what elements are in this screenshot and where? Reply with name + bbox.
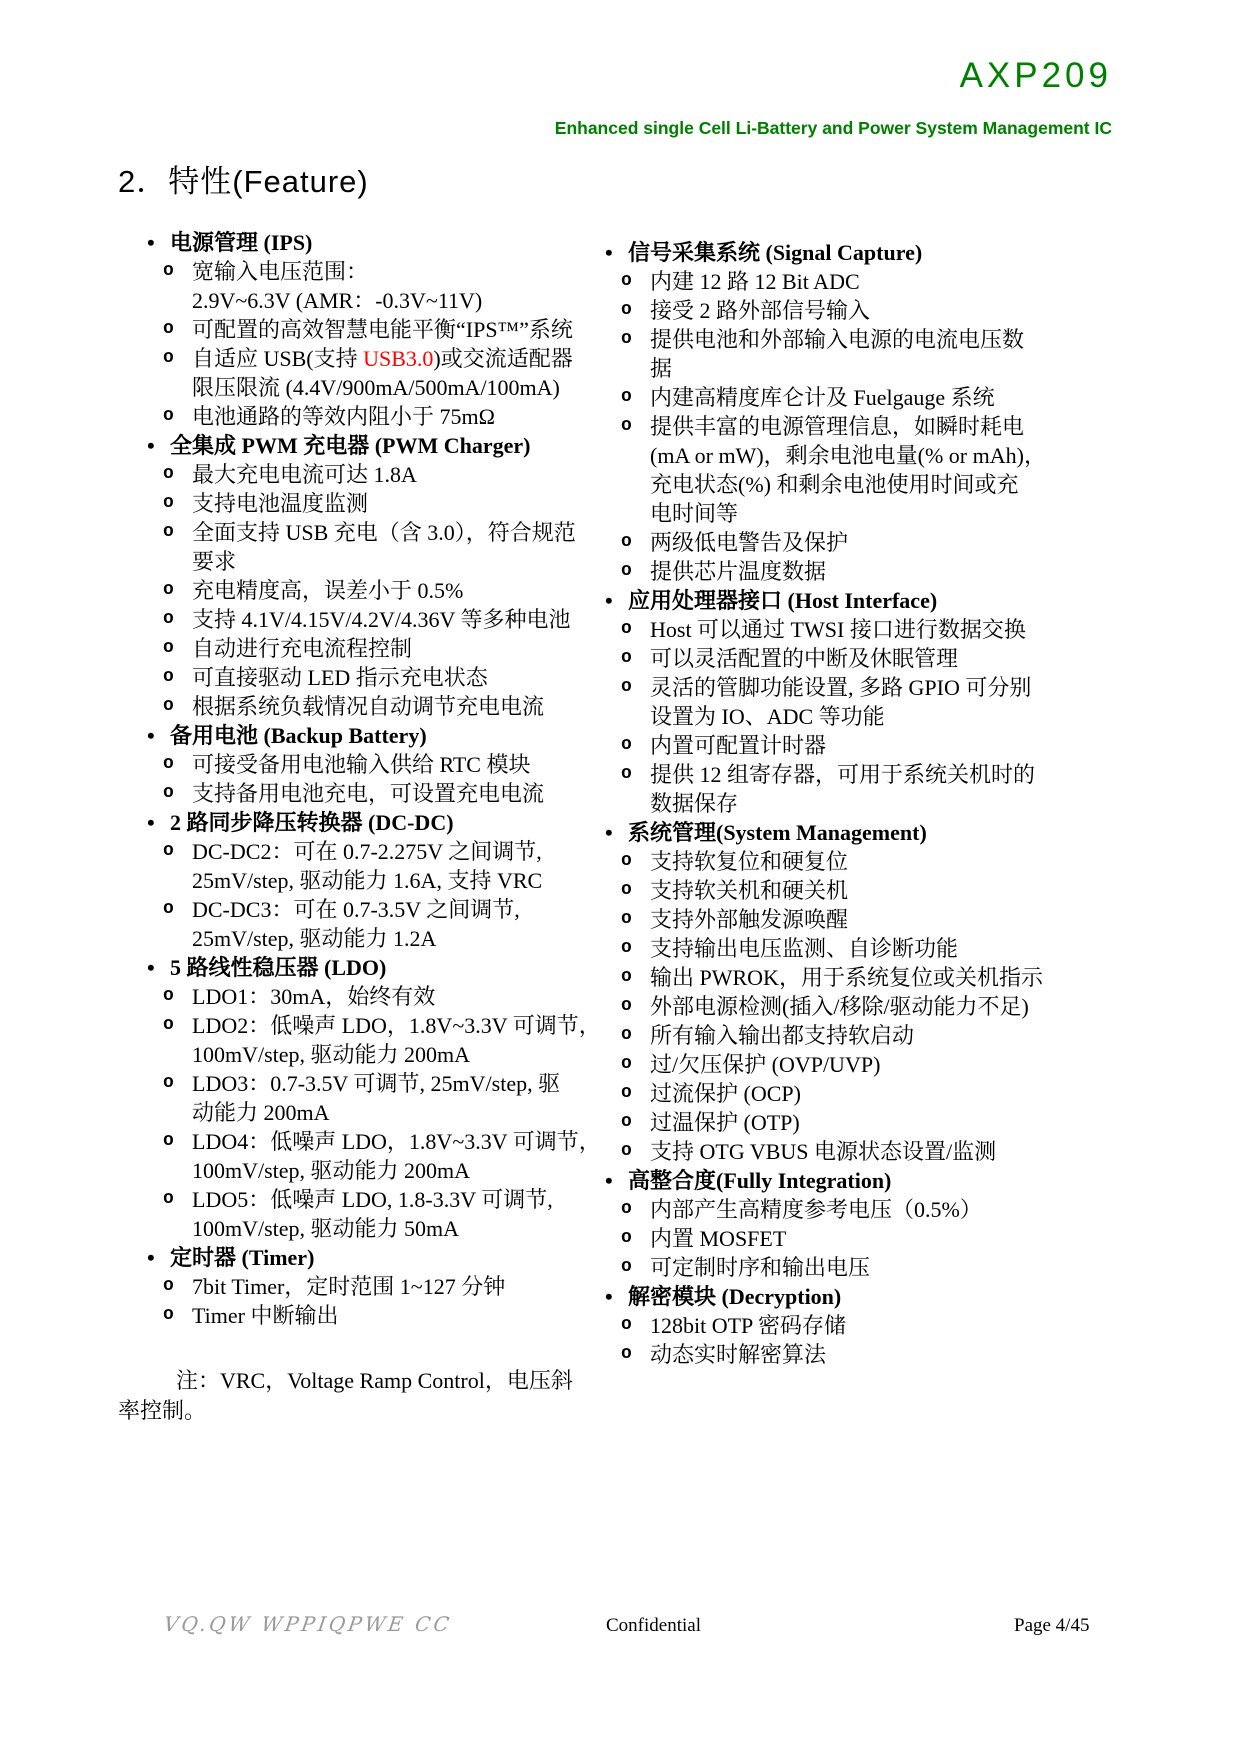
feature-item: o支持输出电压监测、自诊断功能: [621, 934, 1146, 963]
bullet-circle-icon: o: [163, 837, 192, 895]
feature-item-text: LDO4：低噪声 LDO，1.8V~3.3V 可调节， 100mV/step, …: [192, 1127, 601, 1185]
feature-item: o提供 12 组寄存器，可用于系统关机时的 数据保存: [621, 760, 1146, 818]
bullet-circle-icon: o: [621, 325, 650, 383]
text-segment: 充电精度高，误差小于 0.5%: [192, 578, 463, 603]
feature-item-text: 全面支持 USB 充电（含 3.0），符合规范 要求: [192, 518, 576, 576]
bullet-circle-icon: o: [163, 692, 192, 721]
bullet-circle-icon: o: [621, 1253, 650, 1282]
feature-item-text: 内建高精度库仑计及 Fuelgauge 系统: [650, 383, 995, 412]
feature-item: o接受 2 路外部信号输入: [621, 296, 1146, 325]
footer-confidential: Confidential: [606, 1615, 701, 1637]
feature-item: o支持电池温度监测: [163, 489, 618, 518]
text-segment: 全面支持 USB 充电（含 3.0），符合规范 要求: [192, 520, 576, 574]
bullet-circle-icon: o: [163, 402, 192, 431]
bullet-circle-icon: o: [621, 847, 650, 876]
text-segment: 可直接驱动 LED 指示充电状态: [192, 665, 488, 690]
bullet-disc-icon: •: [140, 721, 170, 750]
feature-section-heading: •信号采集系统 (Signal Capture): [598, 238, 1146, 267]
footer-page-number: Page 4/45: [1014, 1615, 1089, 1637]
bullet-circle-icon: o: [621, 1224, 650, 1253]
feature-item: o提供丰富的电源管理信息，如瞬时耗电 (mA or mW)，剩余电池电量(% o…: [621, 412, 1146, 528]
bullet-circle-icon: o: [163, 634, 192, 663]
feature-item: o输出 PWROK，用于系统复位或关机指示: [621, 963, 1146, 992]
text-segment: 可以灵活配置的中断及休眠管理: [650, 646, 958, 671]
text-segment: 过温保护 (OTP): [650, 1110, 800, 1135]
bullet-circle-icon: o: [621, 1050, 650, 1079]
bullet-circle-icon: o: [621, 673, 650, 731]
feature-item: oLDO1：30mA，始终有效: [163, 982, 618, 1011]
text-segment: DC-DC3：可在 0.7-3.5V 之间调节, 25mV/step, 驱动能力…: [192, 897, 520, 951]
feature-item-text: 外部电源检测(插入/移除/驱动能力不足): [650, 992, 1029, 1021]
feature-item-text: 宽输入电压范围： 2.9V~6.3V (AMR：-0.3V~11V): [192, 257, 482, 315]
text-segment: 最大充电电流可达 1.8A: [192, 462, 417, 487]
text-segment: 支持输出电压监测、自诊断功能: [650, 936, 958, 961]
feature-item-text: 提供丰富的电源管理信息，如瞬时耗电 (mA or mW)，剩余电池电量(% or…: [650, 412, 1046, 528]
feature-item: o最大充电电流可达 1.8A: [163, 460, 618, 489]
bullet-disc-icon: •: [140, 431, 170, 460]
section-heading-text: 5 路线性稳压器 (LDO): [170, 953, 386, 982]
feature-item-text: 支持外部触发源唤醒: [650, 905, 848, 934]
feature-item-text: 内部产生高精度参考电压（0.5%）: [650, 1195, 982, 1224]
text-segment: 内置可配置计时器: [650, 733, 826, 758]
text-segment: 根据系统负载情况自动调节充电电流: [192, 694, 544, 719]
feature-item-text: Host 可以通过 TWSI 接口进行数据交换: [650, 615, 1026, 644]
text-segment: 外部电源检测(插入/移除/驱动能力不足): [650, 994, 1029, 1019]
feature-item-text: 动态实时解密算法: [650, 1340, 826, 1369]
feature-item-text: 支持软关机和硬关机: [650, 876, 848, 905]
text-segment: 所有输入输出都支持软启动: [650, 1023, 914, 1048]
bullet-circle-icon: o: [621, 1195, 650, 1224]
feature-item-text: Timer 中断输出: [192, 1301, 338, 1330]
feature-item: o自适应 USB(支持 USB3.0)或交流适配器 限压限流 (4.4V/900…: [163, 344, 618, 402]
bullet-circle-icon: o: [621, 731, 650, 760]
feature-item-text: 提供电池和外部输入电源的电流电压数 据: [650, 325, 1024, 383]
bullet-circle-icon: o: [621, 992, 650, 1021]
text-segment: 接受 2 路外部信号输入: [650, 298, 870, 323]
feature-column-left: •电源管理 (IPS)o宽输入电压范围： 2.9V~6.3V (AMR：-0.3…: [140, 228, 618, 1330]
feature-item-text: 7bit Timer，定时范围 1~127 分钟: [192, 1272, 505, 1301]
feature-item: oTimer 中断输出: [163, 1301, 618, 1330]
text-segment: 可配置的高效智慧电能平衡“IPS™”系统: [192, 317, 573, 342]
bullet-circle-icon: o: [621, 383, 650, 412]
text-segment: 内建 12 路 12 Bit ADC: [650, 269, 860, 294]
feature-item-text: 自动进行充电流程控制: [192, 634, 412, 663]
bullet-circle-icon: o: [163, 1301, 192, 1330]
feature-item-text: 最大充电电流可达 1.8A: [192, 460, 417, 489]
feature-section-heading: •2 路同步降压转换器 (DC-DC): [140, 808, 618, 837]
feature-item-text: DC-DC3：可在 0.7-3.5V 之间调节, 25mV/step, 驱动能力…: [192, 895, 520, 953]
feature-item-text: 可直接驱动 LED 指示充电状态: [192, 663, 488, 692]
feature-section-heading: •系统管理(System Management): [598, 818, 1146, 847]
text-segment: LDO2：低噪声 LDO，1.8V~3.3V 可调节， 100mV/step, …: [192, 1013, 601, 1067]
bullet-circle-icon: o: [621, 1079, 650, 1108]
bullet-circle-icon: o: [621, 615, 650, 644]
bullet-disc-icon: •: [598, 1282, 628, 1311]
bullet-circle-icon: o: [163, 1011, 192, 1069]
feature-section-heading: •解密模块 (Decryption): [598, 1282, 1146, 1311]
feature-item: o内部产生高精度参考电压（0.5%）: [621, 1195, 1146, 1224]
feature-item: o内置 MOSFET: [621, 1224, 1146, 1253]
text-segment: 内部产生高精度参考电压（0.5%）: [650, 1197, 982, 1222]
feature-section-heading: •应用处理器接口 (Host Interface): [598, 586, 1146, 615]
section-heading-text: 电源管理 (IPS): [170, 228, 312, 257]
bullet-disc-icon: •: [598, 818, 628, 847]
text-segment: 支持电池温度监测: [192, 491, 368, 516]
text-segment: 动态实时解密算法: [650, 1342, 826, 1367]
feature-item-text: 支持 4.1V/4.15V/4.2V/4.36V 等多种电池: [192, 605, 571, 634]
feature-item-text: DC-DC2：可在 0.7-2.275V 之间调节, 25mV/step, 驱动…: [192, 837, 542, 895]
text-segment: 提供芯片温度数据: [650, 559, 826, 584]
bullet-disc-icon: •: [140, 1243, 170, 1272]
feature-item: o提供芯片温度数据: [621, 557, 1146, 586]
feature-item-text: 内建 12 路 12 Bit ADC: [650, 267, 860, 296]
feature-item: o内建 12 路 12 Bit ADC: [621, 267, 1146, 296]
text-segment: 自适应 USB(支持: [192, 346, 363, 371]
text-segment: 电池通路的等效内阻小于 75mΩ: [192, 404, 495, 429]
feature-item: o充电精度高，误差小于 0.5%: [163, 576, 618, 605]
bullet-circle-icon: o: [621, 876, 650, 905]
feature-item: o动态实时解密算法: [621, 1340, 1146, 1369]
feature-item-text: 支持备用电池充电，可设置充电电流: [192, 779, 544, 808]
bullet-circle-icon: o: [163, 605, 192, 634]
feature-item: o提供电池和外部输入电源的电流电压数 据: [621, 325, 1146, 383]
text-segment: LDO1：30mA，始终有效: [192, 984, 435, 1009]
bullet-circle-icon: o: [163, 518, 192, 576]
section-heading-text: 高整合度(Fully Integration): [628, 1166, 891, 1195]
feature-item: o支持软复位和硬复位: [621, 847, 1146, 876]
feature-item: o过流保护 (OCP): [621, 1079, 1146, 1108]
text-segment: 提供 12 组寄存器，可用于系统关机时的 数据保存: [650, 762, 1035, 816]
text-segment: 支持软关机和硬关机: [650, 878, 848, 903]
text-segment: 过/欠压保护 (OVP/UVP): [650, 1052, 880, 1077]
bullet-circle-icon: o: [163, 460, 192, 489]
feature-section-heading: •5 路线性稳压器 (LDO): [140, 953, 618, 982]
text-segment: 提供电池和外部输入电源的电流电压数 据: [650, 327, 1024, 381]
feature-item-text: 支持电池温度监测: [192, 489, 368, 518]
text-segment: 内置 MOSFET: [650, 1226, 786, 1251]
text-segment: Host 可以通过 TWSI 接口进行数据交换: [650, 617, 1026, 642]
bullet-circle-icon: o: [163, 489, 192, 518]
feature-item: o可直接驱动 LED 指示充电状态: [163, 663, 618, 692]
bullet-circle-icon: o: [163, 1185, 192, 1243]
text-segment: LDO5：低噪声 LDO, 1.8-3.3V 可调节, 100mV/step, …: [192, 1187, 553, 1241]
feature-item: o自动进行充电流程控制: [163, 634, 618, 663]
section-heading-text: 信号采集系统 (Signal Capture): [628, 238, 922, 267]
feature-item: o可定制时序和输出电压: [621, 1253, 1146, 1282]
feature-item: oLDO4：低噪声 LDO，1.8V~3.3V 可调节， 100mV/step,…: [163, 1127, 618, 1185]
feature-item-text: 支持软复位和硬复位: [650, 847, 848, 876]
bullet-circle-icon: o: [621, 557, 650, 586]
bullet-circle-icon: o: [163, 257, 192, 315]
feature-item: o支持 OTG VBUS 电源状态设置/监测: [621, 1137, 1146, 1166]
bullet-circle-icon: o: [621, 1340, 650, 1369]
feature-section-heading: •高整合度(Fully Integration): [598, 1166, 1146, 1195]
feature-item-text: 内置可配置计时器: [650, 731, 826, 760]
bullet-circle-icon: o: [621, 528, 650, 557]
feature-item: oDC-DC2：可在 0.7-2.275V 之间调节, 25mV/step, 驱…: [163, 837, 618, 895]
feature-item-text: 所有输入输出都支持软启动: [650, 1021, 914, 1050]
bullet-circle-icon: o: [163, 576, 192, 605]
bullet-disc-icon: •: [598, 586, 628, 615]
feature-item-text: 根据系统负载情况自动调节充电电流: [192, 692, 544, 721]
document-subtitle: Enhanced single Cell Li-Battery and Powe…: [555, 118, 1112, 139]
feature-item: o过/欠压保护 (OVP/UVP): [621, 1050, 1146, 1079]
bullet-circle-icon: o: [621, 1311, 650, 1340]
feature-item: oHost 可以通过 TWSI 接口进行数据交换: [621, 615, 1146, 644]
text-segment: 支持 OTG VBUS 电源状态设置/监测: [650, 1139, 996, 1164]
feature-section-heading: •备用电池 (Backup Battery): [140, 721, 618, 750]
section-heading-text: 应用处理器接口 (Host Interface): [628, 586, 937, 615]
feature-item-text: 提供 12 组寄存器，可用于系统关机时的 数据保存: [650, 760, 1035, 818]
bullet-circle-icon: o: [163, 344, 192, 402]
feature-item: o外部电源检测(插入/移除/驱动能力不足): [621, 992, 1146, 1021]
feature-item: oLDO3：0.7-3.5V 可调节, 25mV/step, 驱 动能力 200…: [163, 1069, 618, 1127]
feature-item-text: 可定制时序和输出电压: [650, 1253, 870, 1282]
bullet-disc-icon: •: [598, 1166, 628, 1195]
bullet-circle-icon: o: [163, 779, 192, 808]
feature-item: o宽输入电压范围： 2.9V~6.3V (AMR：-0.3V~11V): [163, 257, 618, 315]
feature-item: o过温保护 (OTP): [621, 1108, 1146, 1137]
feature-item-text: 输出 PWROK，用于系统复位或关机指示: [650, 963, 1043, 992]
feature-item-text: 内置 MOSFET: [650, 1224, 786, 1253]
bullet-disc-icon: •: [140, 953, 170, 982]
feature-section-heading: •电源管理 (IPS): [140, 228, 618, 257]
feature-item: o内建高精度库仑计及 Fuelgauge 系统: [621, 383, 1146, 412]
feature-column-right: •信号采集系统 (Signal Capture)o内建 12 路 12 Bit …: [598, 238, 1146, 1369]
feature-item-text: 过/欠压保护 (OVP/UVP): [650, 1050, 880, 1079]
product-name: AXP209: [960, 56, 1112, 96]
feature-item: o两级低电警告及保护: [621, 528, 1146, 557]
feature-item: o128bit OTP 密码存储: [621, 1311, 1146, 1340]
watermark: VQ.QW WPPIQPWE CC: [162, 1612, 453, 1636]
bullet-circle-icon: o: [621, 934, 650, 963]
text-segment: 支持 4.1V/4.15V/4.2V/4.36V 等多种电池: [192, 607, 571, 632]
text-segment: 过流保护 (OCP): [650, 1081, 801, 1106]
feature-item-text: 过流保护 (OCP): [650, 1079, 801, 1108]
bullet-disc-icon: •: [140, 228, 170, 257]
bullet-circle-icon: o: [163, 895, 192, 953]
text-segment: 内建高精度库仑计及 Fuelgauge 系统: [650, 385, 995, 410]
bullet-circle-icon: o: [163, 1069, 192, 1127]
feature-item: o支持软关机和硬关机: [621, 876, 1146, 905]
bullet-circle-icon: o: [621, 963, 650, 992]
text-segment: LDO4：低噪声 LDO，1.8V~3.3V 可调节， 100mV/step, …: [192, 1129, 601, 1183]
text-segment: 7bit Timer，定时范围 1~127 分钟: [192, 1274, 505, 1299]
text-segment: 128bit OTP 密码存储: [650, 1313, 846, 1338]
feature-item-text: LDO1：30mA，始终有效: [192, 982, 435, 1011]
text-segment: Timer 中断输出: [192, 1303, 338, 1328]
feature-item: o支持外部触发源唤醒: [621, 905, 1146, 934]
bullet-circle-icon: o: [163, 1272, 192, 1301]
feature-item-text: 灵活的管脚功能设置, 多路 GPIO 可分别 设置为 IO、ADC 等功能: [650, 673, 1031, 731]
text-segment: 灵活的管脚功能设置, 多路 GPIO 可分别 设置为 IO、ADC 等功能: [650, 675, 1031, 729]
text-segment: 两级低电警告及保护: [650, 530, 848, 555]
feature-item: oLDO5：低噪声 LDO, 1.8-3.3V 可调节, 100mV/step,…: [163, 1185, 618, 1243]
section-heading-text: 系统管理(System Management): [628, 818, 927, 847]
bullet-circle-icon: o: [621, 1021, 650, 1050]
feature-section-heading: •定时器 (Timer): [140, 1243, 618, 1272]
bullet-disc-icon: •: [140, 808, 170, 837]
feature-item: o电池通路的等效内阻小于 75mΩ: [163, 402, 618, 431]
text-segment: 支持外部触发源唤醒: [650, 907, 848, 932]
datasheet-page: AXP209 Enhanced single Cell Li-Battery a…: [0, 0, 1240, 1754]
feature-item-text: 可接受备用电池输入供给 RTC 模块: [192, 750, 530, 779]
feature-item: o可接受备用电池输入供给 RTC 模块: [163, 750, 618, 779]
feature-item: o7bit Timer，定时范围 1~127 分钟: [163, 1272, 618, 1301]
section-heading-text: 2 路同步降压转换器 (DC-DC): [170, 808, 454, 837]
text-segment: 自动进行充电流程控制: [192, 636, 412, 661]
bullet-circle-icon: o: [621, 905, 650, 934]
feature-item: o灵活的管脚功能设置, 多路 GPIO 可分别 设置为 IO、ADC 等功能: [621, 673, 1146, 731]
section-heading-text: 全集成 PWM 充电器 (PWM Charger): [170, 431, 530, 460]
text-segment: 支持备用电池充电，可设置充电电流: [192, 781, 544, 806]
bullet-circle-icon: o: [621, 267, 650, 296]
text-segment: LDO3：0.7-3.5V 可调节, 25mV/step, 驱 动能力 200m…: [192, 1071, 560, 1125]
section-title: 2．特性(Feature): [118, 156, 369, 201]
feature-item-text: 接受 2 路外部信号输入: [650, 296, 870, 325]
bullet-circle-icon: o: [621, 296, 650, 325]
feature-item-text: 两级低电警告及保护: [650, 528, 848, 557]
feature-item-text: 充电精度高，误差小于 0.5%: [192, 576, 463, 605]
feature-item-text: 提供芯片温度数据: [650, 557, 826, 586]
footnote: 注：VRC，Voltage Ramp Control，电压斜 率控制。: [118, 1366, 610, 1426]
feature-item: oDC-DC3：可在 0.7-3.5V 之间调节, 25mV/step, 驱动能…: [163, 895, 618, 953]
feature-item: o全面支持 USB 充电（含 3.0），符合规范 要求: [163, 518, 618, 576]
feature-item-text: 可配置的高效智慧电能平衡“IPS™”系统: [192, 315, 573, 344]
highlighted-text: USB3.0: [363, 346, 433, 371]
feature-item: oLDO2：低噪声 LDO，1.8V~3.3V 可调节， 100mV/step,…: [163, 1011, 618, 1069]
feature-item-text: 支持 OTG VBUS 电源状态设置/监测: [650, 1137, 996, 1166]
feature-item: o内置可配置计时器: [621, 731, 1146, 760]
text-segment: 输出 PWROK，用于系统复位或关机指示: [650, 965, 1043, 990]
feature-item-text: 过温保护 (OTP): [650, 1108, 800, 1137]
bullet-circle-icon: o: [621, 644, 650, 673]
bullet-circle-icon: o: [621, 1108, 650, 1137]
text-segment: 可接受备用电池输入供给 RTC 模块: [192, 752, 530, 777]
bullet-circle-icon: o: [163, 315, 192, 344]
feature-item-text: LDO5：低噪声 LDO, 1.8-3.3V 可调节, 100mV/step, …: [192, 1185, 553, 1243]
feature-section-heading: •全集成 PWM 充电器 (PWM Charger): [140, 431, 618, 460]
bullet-circle-icon: o: [621, 412, 650, 528]
feature-item: o所有输入输出都支持软启动: [621, 1021, 1146, 1050]
feature-item-text: 支持输出电压监测、自诊断功能: [650, 934, 958, 963]
bullet-circle-icon: o: [163, 663, 192, 692]
text-segment: 提供丰富的电源管理信息，如瞬时耗电 (mA or mW)，剩余电池电量(% or…: [650, 414, 1046, 526]
bullet-circle-icon: o: [621, 1137, 650, 1166]
feature-item-text: 电池通路的等效内阻小于 75mΩ: [192, 402, 495, 431]
bullet-disc-icon: •: [598, 238, 628, 267]
text-segment: 宽输入电压范围： 2.9V~6.3V (AMR：-0.3V~11V): [192, 259, 482, 313]
feature-item-text: LDO3：0.7-3.5V 可调节, 25mV/step, 驱 动能力 200m…: [192, 1069, 560, 1127]
feature-item: o支持备用电池充电，可设置充电电流: [163, 779, 618, 808]
feature-item: o可以灵活配置的中断及休眠管理: [621, 644, 1146, 673]
feature-item-text: 自适应 USB(支持 USB3.0)或交流适配器 限压限流 (4.4V/900m…: [192, 344, 573, 402]
feature-item-text: 128bit OTP 密码存储: [650, 1311, 846, 1340]
section-heading-text: 解密模块 (Decryption): [628, 1282, 841, 1311]
section-heading-text: 备用电池 (Backup Battery): [170, 721, 427, 750]
feature-item: o可配置的高效智慧电能平衡“IPS™”系统: [163, 315, 618, 344]
feature-item: o支持 4.1V/4.15V/4.2V/4.36V 等多种电池: [163, 605, 618, 634]
bullet-circle-icon: o: [621, 760, 650, 818]
feature-item: o根据系统负载情况自动调节充电电流: [163, 692, 618, 721]
bullet-circle-icon: o: [163, 982, 192, 1011]
bullet-circle-icon: o: [163, 750, 192, 779]
feature-item-text: LDO2：低噪声 LDO，1.8V~3.3V 可调节， 100mV/step, …: [192, 1011, 601, 1069]
feature-item-text: 可以灵活配置的中断及休眠管理: [650, 644, 958, 673]
text-segment: 支持软复位和硬复位: [650, 849, 848, 874]
bullet-circle-icon: o: [163, 1127, 192, 1185]
text-segment: 可定制时序和输出电压: [650, 1255, 870, 1280]
text-segment: DC-DC2：可在 0.7-2.275V 之间调节, 25mV/step, 驱动…: [192, 839, 542, 893]
section-heading-text: 定时器 (Timer): [170, 1243, 314, 1272]
